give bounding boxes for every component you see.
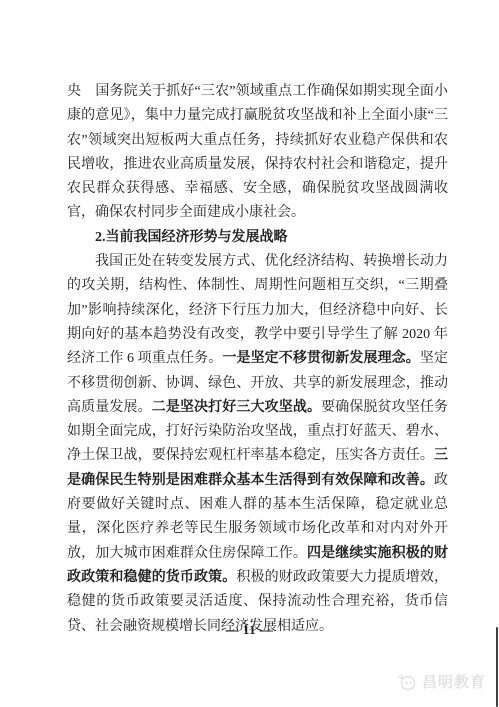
document-text-block: 央 国务院关于抓好“三农”领域重点工作确保如期实现全面小康的意见》，集中力量完成… <box>67 80 448 639</box>
paragraph-continuation: 央 国务院关于抓好“三农”领域重点工作确保如期实现全面小康的意见》，集中力量完成… <box>67 80 448 226</box>
bold-point-1: 一是坚定不移贯彻新发展理念。 <box>222 351 420 366</box>
document-page: 央 国务院关于抓好“三农”领域重点工作确保如期实现全面小康的意见》，集中力量完成… <box>0 0 499 707</box>
scrollbar-thumb[interactable] <box>496 627 498 707</box>
paragraph-economy-tasks: 我国正处在转变发展方式、优化经济结构、转换增长动力的攻关期，结构性、体制性、周期… <box>67 250 448 639</box>
brand-watermark: 昌明教育 <box>395 671 486 692</box>
page-number: — 11 — <box>0 622 499 638</box>
section-heading: 2.当前我国经济形势与发展战略 <box>67 226 448 250</box>
text-segment: 我国正处在转变发展方式、优化经济结构、转换增长动力的攻关期，结构性、体制性、周期… <box>67 254 448 366</box>
brand-name: 昌明教育 <box>422 671 486 692</box>
brand-logo-icon <box>395 673 417 691</box>
bold-point-2: 二是坚决打好三大攻坚战。 <box>152 400 321 415</box>
